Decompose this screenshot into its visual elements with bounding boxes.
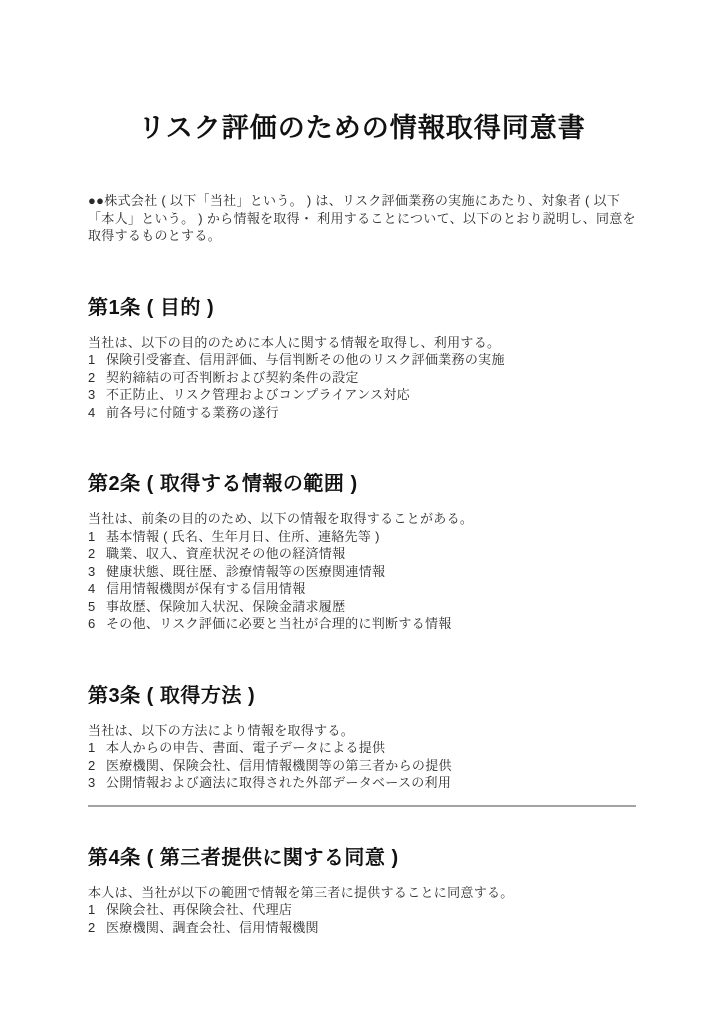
list-item: 1 保険会社、再保険会社、代理店 — [88, 901, 636, 919]
article-3-list: 1 本人からの申告、書面、電子データによる提供 2 医療機関、保険会社、信用情報… — [88, 739, 636, 792]
item-text: 契約締結の可否判断および契約条件の設定 — [106, 369, 636, 387]
list-item: 2 医療機関、保険会社、信用情報機関等の第三者からの提供 — [88, 757, 636, 775]
item-text: 前各号に付随する業務の遂行 — [106, 404, 636, 422]
item-number: 5 — [88, 598, 106, 616]
section-article-2: 第2条 ( 取得する情報の範囲 ) 当社は、前条の目的のため、以下の情報を取得す… — [88, 471, 636, 633]
list-item: 2 医療機関、調査会社、信用情報機関 — [88, 919, 636, 937]
item-number: 3 — [88, 563, 106, 581]
item-number: 1 — [88, 351, 106, 369]
article-4-list: 1 保険会社、再保険会社、代理店 2 医療機関、調査会社、信用情報機関 — [88, 901, 636, 936]
item-text: 医療機関、調査会社、信用情報機関 — [106, 919, 636, 937]
document-page: リスク評価のための情報取得同意書 ●●株式会社 ( 以下「当社」という。 ) は… — [0, 0, 724, 1024]
item-text: 事故歴、保険加入状況、保険金請求履歴 — [106, 598, 636, 616]
article-3-heading: 第3条 ( 取得方法 ) — [88, 683, 636, 710]
list-item: 5 事故歴、保険加入状況、保険金請求履歴 — [88, 598, 636, 616]
article-3-lead: 当社は、以下の方法により情報を取得する。 — [88, 722, 636, 740]
list-item: 3 健康状態、既往歴、診療情報等の医療関連情報 — [88, 563, 636, 581]
item-number: 4 — [88, 404, 106, 422]
article-2-heading: 第2条 ( 取得する情報の範囲 ) — [88, 471, 636, 498]
item-number: 1 — [88, 739, 106, 757]
item-text: 保険引受審査、信用評価、与信判断その他のリスク評価業務の実施 — [106, 351, 636, 369]
list-item: 2 契約締結の可否判断および契約条件の設定 — [88, 369, 636, 387]
article-2-list: 1 基本情報 ( 氏名、生年月日、住所、連絡先等 ) 2 職業、収入、資産状況そ… — [88, 528, 636, 633]
item-number: 4 — [88, 580, 106, 598]
item-number: 3 — [88, 386, 106, 404]
list-item: 2 職業、収入、資産状況その他の経済情報 — [88, 545, 636, 563]
article-1-list: 1 保険引受審査、信用評価、与信判断その他のリスク評価業務の実施 2 契約締結の… — [88, 351, 636, 421]
article-4-lead: 本人は、当社が以下の範囲で情報を第三者に提供することに同意する。 — [88, 884, 636, 902]
list-item: 3 公開情報および適法に取得された外部データベースの利用 — [88, 774, 636, 792]
item-text: 本人からの申告、書面、電子データによる提供 — [106, 739, 636, 757]
list-item: 4 前各号に付随する業務の遂行 — [88, 404, 636, 422]
list-item: 4 信用情報機関が保有する信用情報 — [88, 580, 636, 598]
section-article-3: 第3条 ( 取得方法 ) 当社は、以下の方法により情報を取得する。 1 本人から… — [88, 683, 636, 792]
item-text: 職業、収入、資産状況その他の経済情報 — [106, 545, 636, 563]
item-number: 2 — [88, 919, 106, 937]
list-item: 1 保険引受審査、信用評価、与信判断その他のリスク評価業務の実施 — [88, 351, 636, 369]
item-number: 3 — [88, 774, 106, 792]
item-text: 公開情報および適法に取得された外部データベースの利用 — [106, 774, 636, 792]
item-text: 健康状態、既往歴、診療情報等の医療関連情報 — [106, 563, 636, 581]
item-number: 1 — [88, 901, 106, 919]
article-2-lead: 当社は、前条の目的のため、以下の情報を取得することがある。 — [88, 510, 636, 528]
article-1-lead: 当社は、以下の目的のために本人に関する情報を取得し、利用する。 — [88, 334, 636, 352]
item-text: その他、リスク評価に必要と当社が合理的に判断する情報 — [106, 615, 636, 633]
item-text: 保険会社、再保険会社、代理店 — [106, 901, 636, 919]
article-1-heading: 第1条 ( 目的 ) — [88, 295, 636, 322]
intro-paragraph: ●●株式会社 ( 以下「当社」という。 ) は、リスク評価業務の実施にあたり、対… — [88, 192, 636, 245]
section-article-4: 第4条 ( 第三者提供に関する同意 ) 本人は、当社が以下の範囲で情報を第三者に… — [88, 845, 636, 937]
item-number: 2 — [88, 545, 106, 563]
article-4-heading: 第4条 ( 第三者提供に関する同意 ) — [88, 845, 636, 872]
section-article-1: 第1条 ( 目的 ) 当社は、以下の目的のために本人に関する情報を取得し、利用す… — [88, 295, 636, 422]
item-text: 医療機関、保険会社、信用情報機関等の第三者からの提供 — [106, 757, 636, 775]
item-text: 基本情報 ( 氏名、生年月日、住所、連絡先等 ) — [106, 528, 636, 546]
list-item: 1 基本情報 ( 氏名、生年月日、住所、連絡先等 ) — [88, 528, 636, 546]
item-text: 不正防止、リスク管理およびコンプライアンス対応 — [106, 386, 636, 404]
item-number: 1 — [88, 528, 106, 546]
item-text: 信用情報機関が保有する信用情報 — [106, 580, 636, 598]
list-item: 6 その他、リスク評価に必要と当社が合理的に判断する情報 — [88, 615, 636, 633]
item-number: 2 — [88, 369, 106, 387]
section-divider — [88, 805, 636, 807]
item-number: 6 — [88, 615, 106, 633]
list-item: 3 不正防止、リスク管理およびコンプライアンス対応 — [88, 386, 636, 404]
document-title: リスク評価のための情報取得同意書 — [88, 110, 636, 146]
item-number: 2 — [88, 757, 106, 775]
list-item: 1 本人からの申告、書面、電子データによる提供 — [88, 739, 636, 757]
